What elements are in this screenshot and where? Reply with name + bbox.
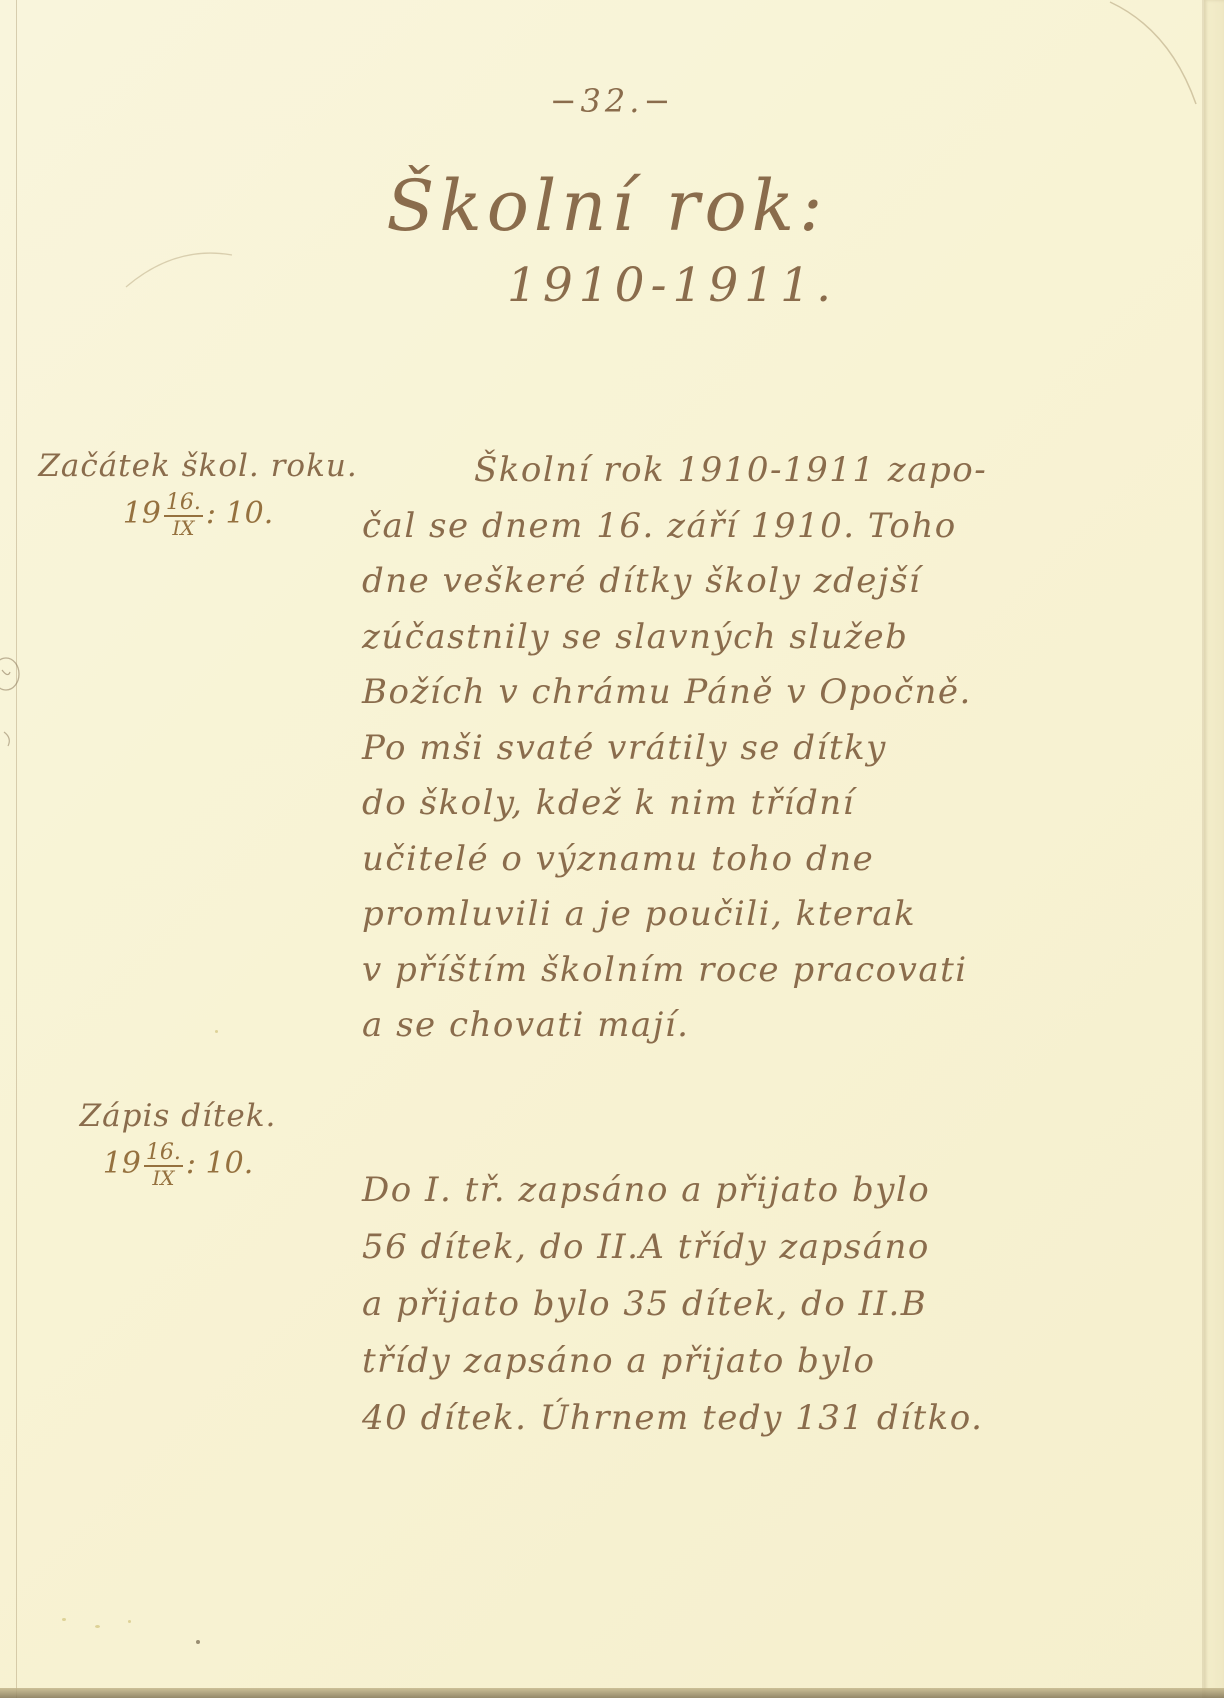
handwritten-line: 56 dítek, do II.A třídy zapsáno	[362, 1219, 1092, 1276]
handwritten-line: do školy, kdež k nim třídní	[362, 776, 1082, 832]
date-year: : 10.	[206, 496, 273, 531]
handwritten-line: 40 dítek. Úhrnem tedy 131 dítko.	[362, 1390, 1092, 1447]
page-subtitle: 1910-1911.	[0, 258, 1224, 313]
page-title: Školní rok:	[0, 170, 1224, 244]
margin-note-label: Zápis dítek.	[38, 1098, 318, 1134]
handwritten-line: a se chovati mají.	[362, 998, 1082, 1054]
margin-note-date: 1916.IX: 10.	[38, 1142, 318, 1188]
handwritten-line: Po mši svaté vrátily se dítky	[362, 721, 1082, 777]
margin-note-enrollment: Zápis dítek. 1916.IX: 10.	[38, 1098, 318, 1188]
handwritten-line: Do I. tř. zapsáno a přijato bylo	[362, 1162, 1092, 1219]
handwritten-line: čal se dnem 16. září 1910. Toho	[362, 499, 1082, 555]
handwritten-line: Božích v chrámu Páně v Opočně.	[362, 665, 1082, 721]
date-day: 16.	[144, 1142, 183, 1167]
handwritten-line: třídy zapsáno a přijato bylo	[362, 1333, 1092, 1390]
date-month: IX	[164, 517, 203, 538]
scan-bottom-band	[0, 1688, 1224, 1698]
date-year: : 10.	[186, 1146, 253, 1181]
margin-note-school-year-start: Začátek škol. roku. 1916.IX: 10.	[38, 448, 358, 538]
handwritten-line: v příštím školním roce pracovati	[362, 943, 1082, 999]
paragraph-school-year-opening: Školní rok 1910-1911 zapo- čal se dnem 1…	[362, 443, 1082, 1054]
handwritten-line: promluvili a je poučili, kterak	[362, 887, 1082, 943]
handwritten-line: Školní rok 1910-1911 zapo-	[362, 443, 1082, 499]
page-number: −32.−	[0, 82, 1224, 120]
handwritten-line: dne veškeré dítky školy zdejší	[362, 554, 1082, 610]
margin-note-date: 1916.IX: 10.	[38, 492, 358, 538]
date-century: 19	[123, 496, 161, 531]
chronicle-page: −32.− Školní rok: 1910-1911. Začátek ško…	[0, 0, 1224, 1698]
margin-note-label: Začátek škol. roku.	[38, 448, 358, 484]
handwritten-line: zúčastnily se slavných služeb	[362, 610, 1082, 666]
date-day: 16.	[164, 492, 203, 517]
date-century: 19	[103, 1146, 141, 1181]
date-fraction: 16.IX	[164, 492, 203, 538]
date-month: IX	[144, 1167, 183, 1188]
handwritten-line: a přijato bylo 35 dítek, do II.B	[362, 1276, 1092, 1333]
date-fraction: 16.IX	[144, 1142, 183, 1188]
handwritten-line: učitelé o významu toho dne	[362, 832, 1082, 888]
title-block: Školní rok: 1910-1911.	[0, 170, 1224, 313]
paragraph-enrollment-numbers: Do I. tř. zapsáno a přijato bylo 56 díte…	[362, 1162, 1092, 1447]
